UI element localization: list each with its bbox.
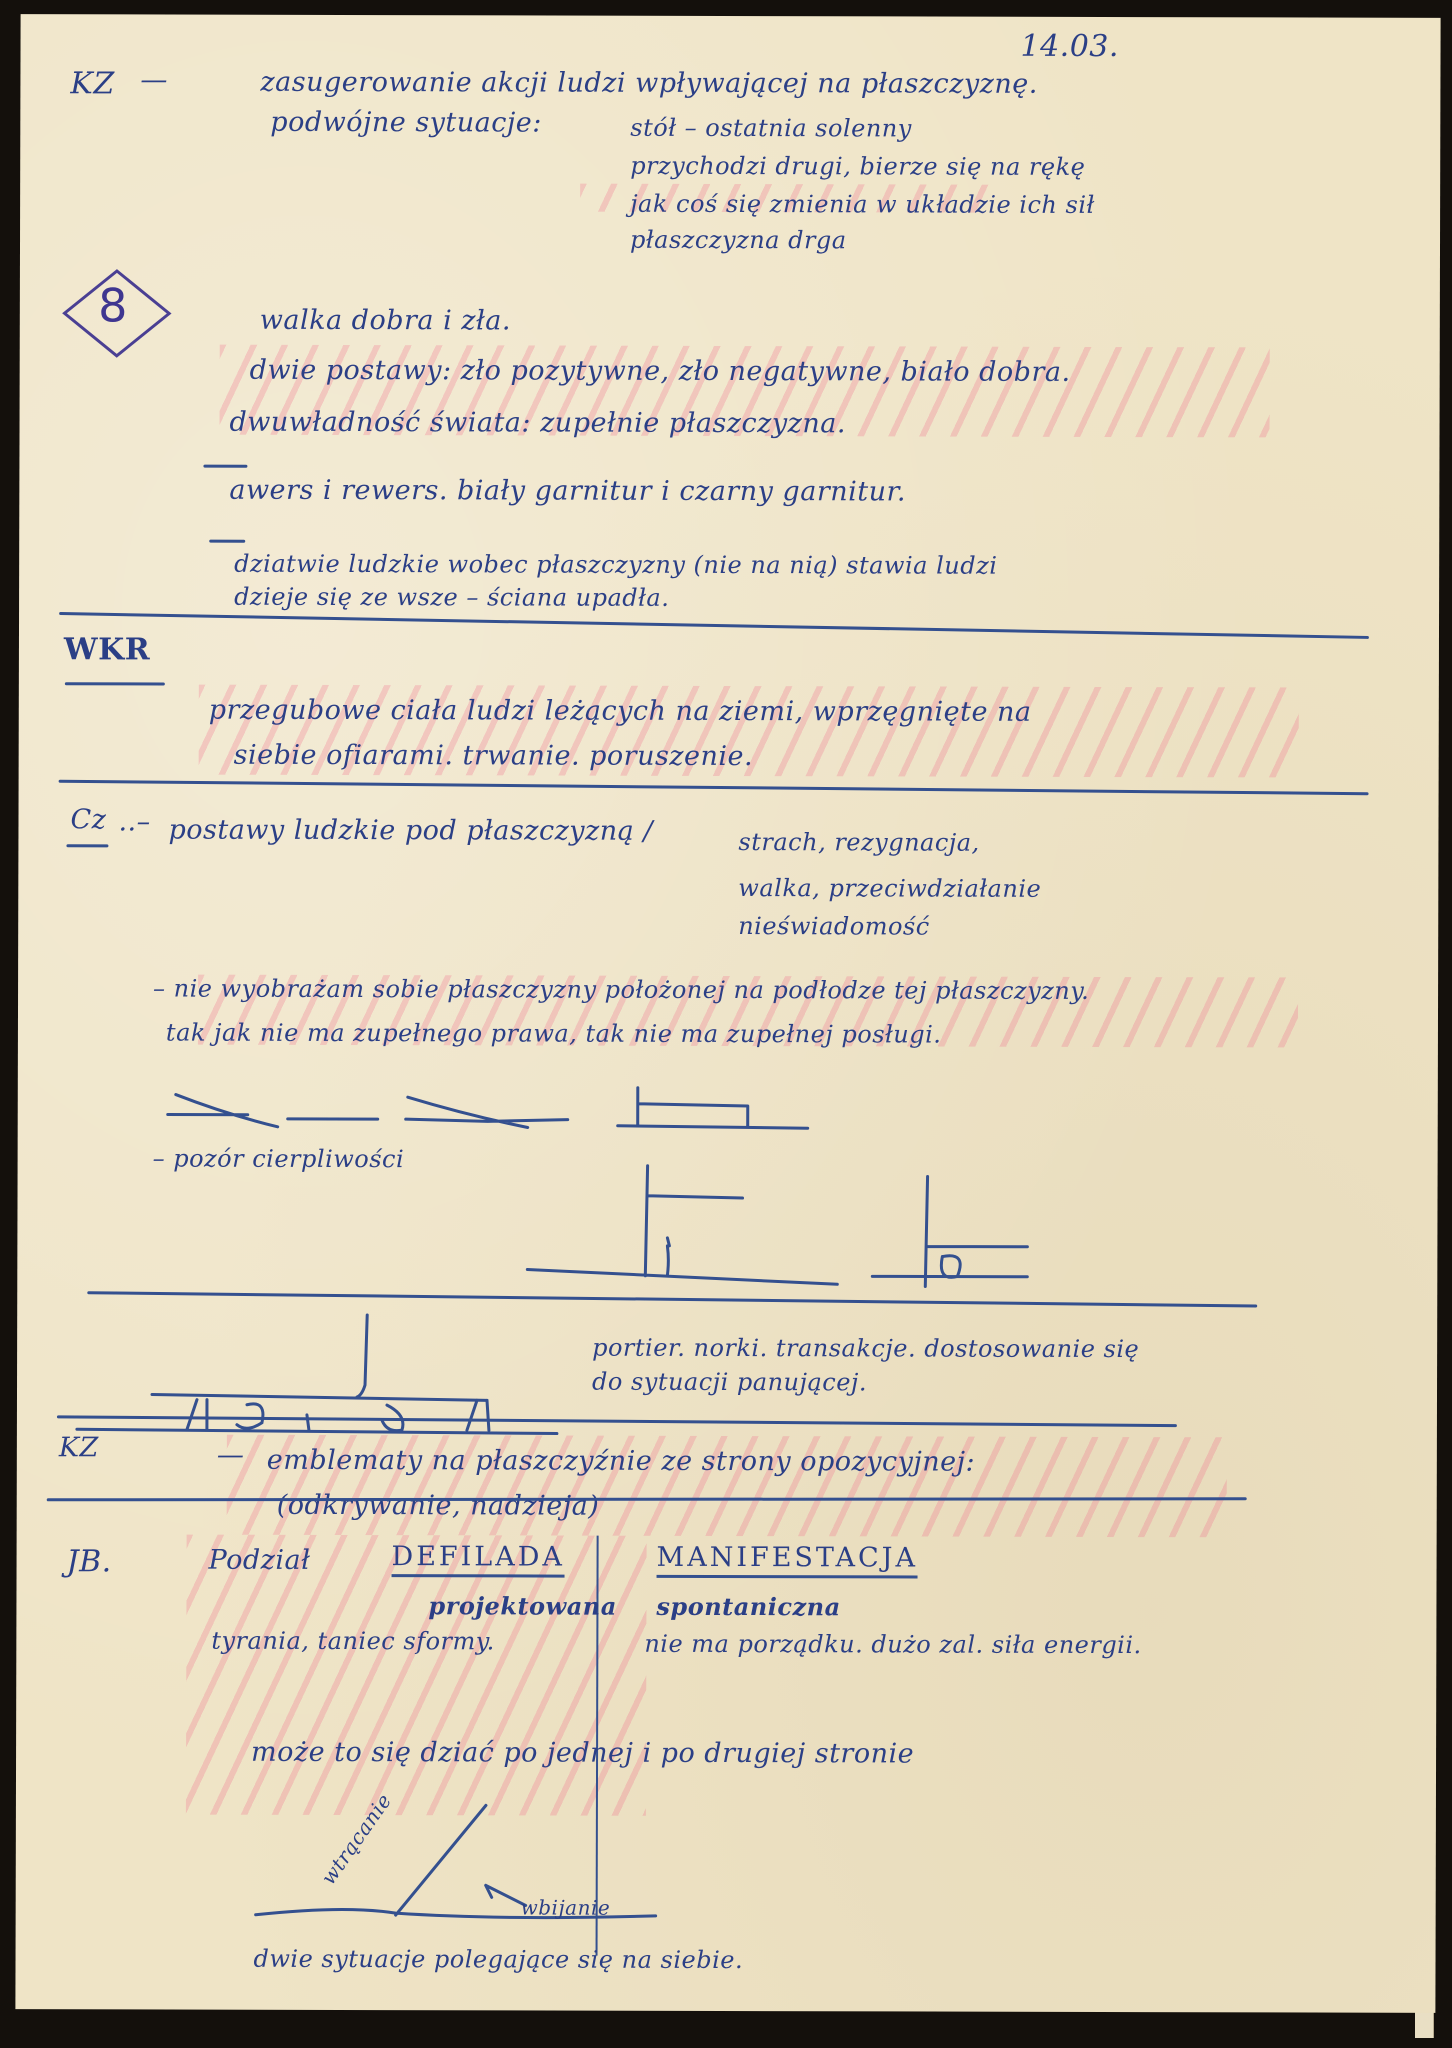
kz2-line-2: (odkrywanie, nadzieja) [277,1490,600,1522]
dash-rule [203,465,247,468]
section-label-wkr: WKR [64,632,150,667]
wkr-line-1: przegubowe ciała ludzi leżących na ziemi… [209,695,1032,728]
kz-item-3: jak coś się zmienia w układzie ich sił [630,190,1095,219]
section-divider [59,780,1369,796]
dash: — [217,1440,245,1471]
dash: — [140,64,168,95]
manuscript-page: 14.03. 8 KZ — zasugerowanie akcji ludzi … [15,14,1440,2013]
kz-line-walka: walka dobra i zła. [260,305,511,337]
kz-line-dr-1: dziatwie ludzkie wobec płaszczyzny (nie … [234,550,997,580]
section-divider [47,1497,1247,1501]
dash: ..– [118,806,150,837]
jb-division-label: Podział [209,1545,311,1576]
sketch-lines-row [168,1075,728,1146]
label-underline [66,844,108,847]
wkr-line-2: siebie ofiarami. trwanie. poruszenie. [234,740,754,772]
cz-list-1: strach, rezygnacja, [738,828,979,857]
kz-item-1: stół – ostatnia solenny [630,114,912,143]
kz2-line-1: emblematy na płaszczyźnie ze strony opoz… [267,1445,975,1478]
kz-item-2: przychodzi drugi, bierze się na rękę [630,152,1085,181]
kz-line-dwuwladza: dwuwładność świata: zupełnie płaszczyzna… [230,407,846,440]
cz-list-3: nieświadomość [738,912,930,941]
jb-line-moze: może to się dziać po jednej i po drugiej… [251,1737,914,1770]
kz-item-4: płaszczyzna drga [630,226,847,255]
cz-line-pozor: – pozór cierpliwości [153,1144,405,1173]
section-label-jb: JB. [67,1544,112,1579]
dash-rule [209,540,245,543]
col-left-sub: projektowana [428,1591,616,1620]
jb-line-final: dwie sytuacje polegające się na siebie. [253,1945,743,1974]
col-right-sub: spontaniczna [656,1592,840,1621]
page-number-badge: 8 [68,266,158,356]
col-left-text: tyrania, taniec sformy. [211,1627,494,1656]
sketch-figures [497,1145,1057,1306]
kz-line-dr-2: dzieje się ze wsze – ściana upadła. [234,583,669,612]
section-label-cz: Cz [70,804,106,835]
page-number: 8 [68,278,158,332]
section-divider [59,612,1369,639]
cz-line-nie-1: – nie wyobrażam sobie płaszczyzny położo… [153,974,1089,1004]
kz-line-awers: awers i rewers. biały garnitur i czarny … [229,475,906,508]
section-label-kz-2: KZ [59,1432,99,1463]
date: 14.03. [1020,29,1119,64]
col-right-text: nie ma porządku. dużo zal. siła energii. [644,1630,1141,1659]
cz-line-portier-1: portier. norki. transakcje. dostosowanie… [592,1334,1139,1363]
kz-line-postawy: dwie postawy: zło pozytywne, zło negatyw… [250,355,1071,388]
diagram-label-wbijanie: wbijanie [521,1895,611,1919]
cz-line-1: postawy ludzkie pod płaszczyzną / [168,815,653,847]
label-underline [65,682,165,685]
col-left-title: DEFILADA [392,1541,565,1577]
cz-line-nie-2: tak jak nie ma zupełnego prawa, tak nie … [166,1019,942,1049]
cz-list-2: walka, przeciwdziałanie [738,874,1041,903]
cz-line-portier-2: do sytuacji panującej. [592,1368,867,1397]
kz-line-1: zasugerowanie akcji ludzi wpływającej na… [260,67,1037,100]
kz-subhead: podwójne sytuacje: [270,107,542,139]
col-right-title: MANIFESTACJA [657,1542,918,1579]
section-label-kz: KZ [70,66,114,101]
